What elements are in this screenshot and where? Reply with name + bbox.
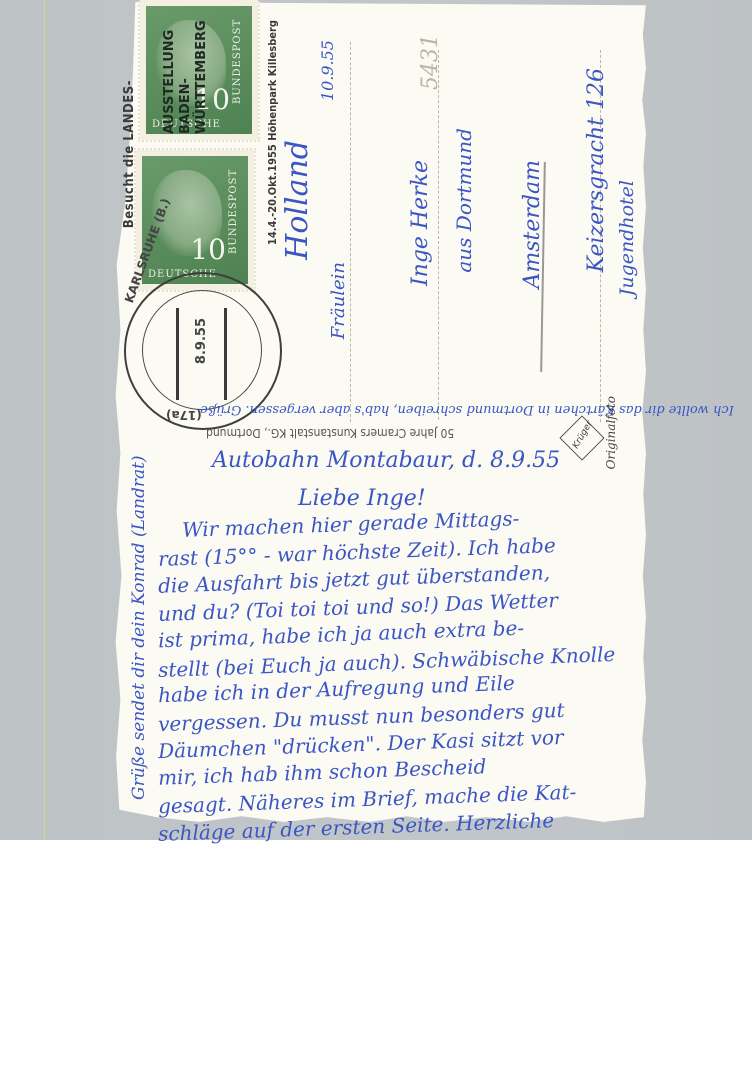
address-line	[438, 50, 439, 420]
address-from: aus Dortmund	[452, 128, 476, 273]
postmark-code: (17a)	[166, 408, 202, 422]
scan-guide-line	[44, 0, 45, 840]
margin-note: Grüße sendet dir dein Konrad (Landrat)	[126, 420, 152, 800]
address-salutation: Fräulein	[328, 262, 349, 339]
message-heading: Autobahn Montabaur, d. 8.9.55	[212, 448, 560, 473]
upside-down-note: Ich wollte dir das Kärtchen in Dortmund …	[200, 402, 734, 417]
address-name: Inge Herke	[408, 160, 433, 286]
address-street: Keizersgracht 126	[584, 68, 609, 272]
publisher-line: 50 Jahre Cramers Kunstanstalt KG., Dortm…	[206, 426, 454, 440]
address-country: Holland	[280, 140, 315, 260]
pencil-note: 5431	[418, 34, 443, 90]
stamp-top: BUNDESPOST 10 DEUTSCHE AUSSTELLUNG BADEN…	[140, 0, 258, 140]
address-city: Amsterdam	[520, 160, 545, 288]
address-line	[350, 42, 351, 422]
side-print-text: Besucht die LANDES-	[122, 80, 137, 228]
stamp-value: 10	[190, 233, 226, 266]
message-greeting: Liebe Inge!	[298, 486, 426, 511]
originalfoto-mark: Originalfoto	[604, 396, 618, 469]
postmark-date: 8.9.55	[194, 318, 209, 364]
exhibition-cancel-text: 14.4.-20.Okt.1955 Höhenpark Killesberg	[266, 20, 279, 245]
stamp-service-text: BUNDESPOST	[232, 14, 248, 108]
address-place: Jugendhotel	[616, 180, 638, 296]
postmark-bar	[176, 308, 179, 400]
address-pencil-date: 10.9.55	[318, 40, 337, 101]
postmark-bar	[224, 308, 227, 400]
stamp-service-text: BUNDESPOST	[228, 164, 244, 258]
stamp-overprint: AUSSTELLUNG BADEN- WÜRTTEMBERG	[162, 14, 210, 134]
